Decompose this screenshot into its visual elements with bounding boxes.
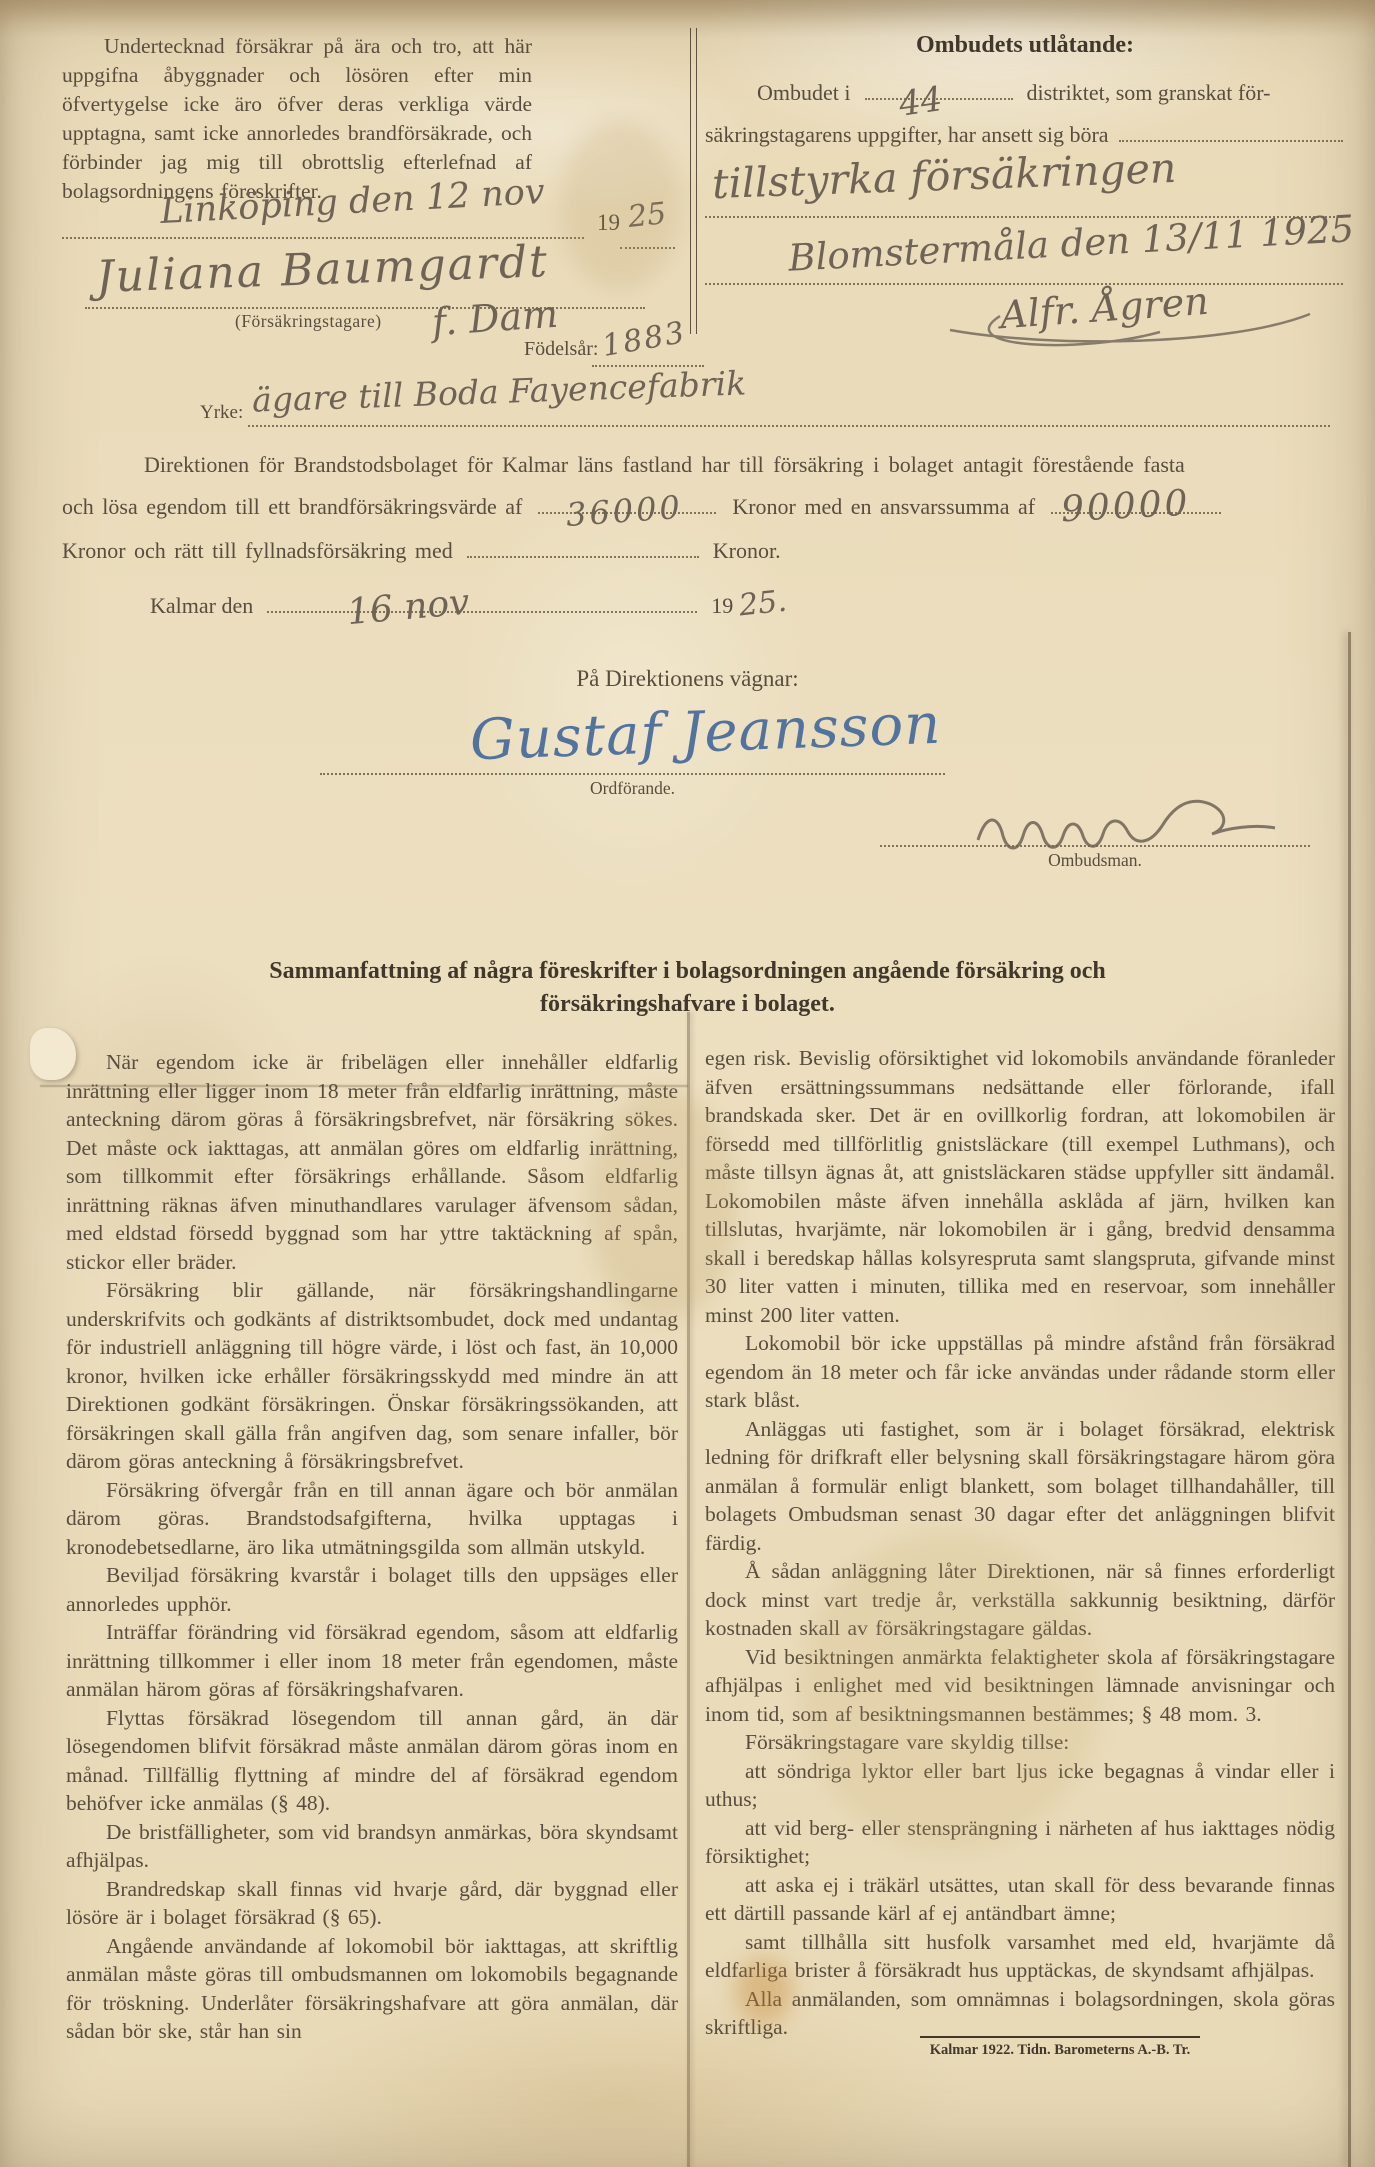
ombud-line2-tail [1119,140,1343,142]
ombud-place-date: Blomstermåla den 13/11 1925 [787,207,1355,280]
grant-date-blank: 16 nov [267,611,697,613]
summary-left-paragraph-4: Beviljad försäkring kvarstår i bolaget t… [66,1561,678,1618]
summary-right-paragraph-2: Lokomobil bör icke uppställas på mindre … [705,1329,1335,1415]
ombud-place-dotline [705,282,1343,285]
grant-year-printed: 19 [711,593,733,619]
ombud-line1: Ombudet i 44 distriktet, som granskat fö… [705,80,1343,106]
stain-top-center [560,120,680,290]
chairman-label: Ordförande. [320,778,945,799]
behalf-heading: På Direktionens vägnar: [0,666,1375,692]
policyholder-signature: Juliana Baumgardt [95,236,549,303]
insured-value-blank: 36000 [538,512,716,514]
ombudsman-label: Ombudsman. [880,850,1310,871]
summary-right-paragraph-1: egen risk. Bevislig oförsiktighet vid lo… [705,1044,1335,1329]
policyholder-dotline [85,306,645,309]
chairman-dotline [320,772,945,775]
grant-line2-pre: och lösa egendom till ett brandförsäkrin… [62,494,522,520]
ombud-signature-flourish-icon [930,296,1330,352]
stain-amber-spot [735,1958,793,2024]
summary-left-paragraph-7: De bristfälligheter, som vid brandsyn an… [66,1818,678,1875]
grant-line3-post: Kronor. [713,538,781,564]
ombud-title: Ombudets utlåtande: [705,32,1345,59]
grant-line1: Direktionen för Brandstodsbolaget för Ka… [82,452,1352,478]
ombudsman-signature-scrawl-icon [970,788,1280,858]
ombud-opinion: tillstyrka försäkringen [711,144,1177,208]
birth-year-label: Födelsår: [524,338,598,361]
summary-heading-line1: Sammanfattning af några föreskrifter i b… [0,958,1375,985]
grant-year-hw: 25. [738,584,789,624]
grant-line3: Kronor och rätt till fyllnadsförsäkring … [62,538,1352,564]
ombud-line1-post: distriktet, som granskat för- [1027,80,1271,106]
summary-right-paragraph-10: samt tillhålla sitt husfolk varsamhet me… [705,1928,1335,1985]
grant-line3-pre: Kronor och rätt till fyllnadsförsäkring … [62,538,453,564]
summary-right-paragraph-3: Anläggas uti fastighet, som är i bolaget… [705,1415,1335,1558]
left-edge-tear [30,1028,76,1080]
grant-line2-mid: Kronor med en ansvarssumma af [732,494,1035,520]
insured-value: 36000 [565,488,684,534]
occupation-value: ägare till Boda Fayencefabrik [251,363,746,419]
document-page: Undertecknad försäkrar på ära och tro, a… [0,0,1375,2167]
summary-left-paragraph-1: När egendom icke är fribelägen eller inn… [66,1048,678,1276]
summary-left-paragraph-8: Brandredskap skall finnas vid hvarje går… [66,1875,678,1932]
policyholder-signature-extra: f. Dam [431,292,560,345]
birth-year-value: 1883 [600,315,689,364]
district-value: 44 [896,79,944,125]
summary-left-paragraph-3: Försäkring öfvergår från en till annan ä… [66,1476,678,1562]
horizontal-crease [40,1085,688,1087]
ombudsman-dotline [880,844,1310,847]
stain-left-mid [588,1090,738,1320]
column-divider [690,28,697,334]
district-blank: 44 [865,98,1013,100]
grant-date-value: 16 nov [346,582,472,634]
grant-line2: och lösa egendom till ett brandförsäkrin… [62,494,1352,520]
print-imprint: Kalmar 1922. Tidn. Barometerns A.-B. Tr. [920,2036,1200,2059]
ombud-line1-pre: Ombudet i [757,80,851,106]
summary-right-paragraph-11: Alla anmälanden, som omnämnas i bolagsor… [705,1985,1335,2042]
summary-left-paragraph-2: Försäkring blir gällande, när försäkring… [66,1276,678,1476]
chairman-signature: Gustaf Jeansson [469,692,942,773]
occupation-dotline [248,424,1330,427]
summary-left-paragraph-9: Angående användande af lokomobil bör iak… [66,1932,678,2046]
summary-left-paragraph-5: Inträffar förändring vid försäkrad egend… [66,1618,678,1704]
ombud-line2-text: säkringstagarens uppgifter, har ansett s… [705,122,1109,148]
supplementary-blank [467,556,699,558]
stain-right-mid [800,1530,1100,1850]
liability-sum: 90000 [1060,483,1191,531]
summary-left-paragraph-6: Flyttas försäkrad lösegendom till annan … [66,1704,678,1818]
ombud-line2: säkringstagarens uppgifter, har ansett s… [705,122,1343,148]
liability-sum-blank: 90000 [1051,512,1221,514]
occupation-label: Yrke: [200,402,243,424]
policyholder-label: (Försäkringstagare) [235,311,382,332]
summary-left-column: När egendom icke är fribelägen eller inn… [66,1048,678,2046]
right-fold-crease [1348,632,1351,2167]
grant-place-label: Kalmar den [150,593,253,619]
summary-right-column: egen risk. Bevislig oförsiktighet vid lo… [705,1044,1335,2042]
grant-date-row: Kalmar den 16 nov 19 25. [150,586,1050,621]
summary-right-paragraph-9: att aska ej i träkärl utsättes, utan ska… [705,1871,1335,1928]
